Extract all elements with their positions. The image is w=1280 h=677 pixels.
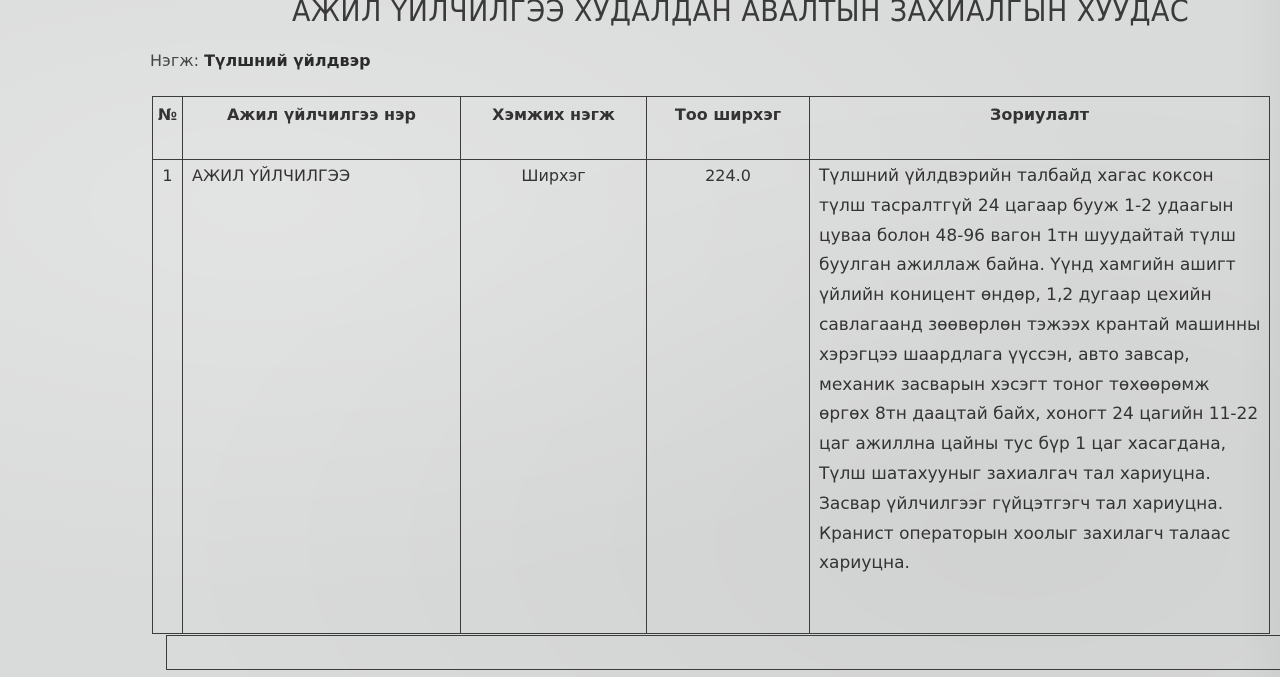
table-header-row: № Ажил үйлчилгээ нэр Хэмжих нэгж Тоо шир… [153, 97, 1270, 160]
unit-label: Нэгж: [150, 51, 199, 70]
cell-no: 1 [153, 160, 183, 634]
cell-unit: Ширхэг [461, 160, 647, 634]
order-table: № Ажил үйлчилгээ нэр Хэмжих нэгж Тоо шир… [152, 96, 1270, 634]
cell-qty: 224.0 [647, 160, 810, 634]
page-title: АЖИЛ ҮЙЛЧИЛГЭЭ ХУДАЛДАН АВАЛТЫН ЗАХИАЛГЫ… [292, 0, 1189, 28]
cell-purpose: Түлшний үйлдвэрийн талбайд хагас коксон … [810, 160, 1270, 634]
table-footer-row [166, 635, 1280, 670]
header-no: № [153, 97, 183, 160]
unit-line: Нэгж: Түлшний үйлдвэр [150, 51, 371, 70]
header-unit: Хэмжих нэгж [461, 97, 647, 160]
header-purpose: Зориулалт [810, 97, 1270, 160]
table-row: 1 АЖИЛ ҮЙЛЧИЛГЭЭ Ширхэг 224.0 Түлшний үй… [153, 160, 1270, 634]
header-name: Ажил үйлчилгээ нэр [183, 97, 461, 160]
unit-value: Түлшний үйлдвэр [204, 51, 370, 70]
cell-name: АЖИЛ ҮЙЛЧИЛГЭЭ [183, 160, 461, 634]
header-qty: Тоо ширхэг [647, 97, 810, 160]
